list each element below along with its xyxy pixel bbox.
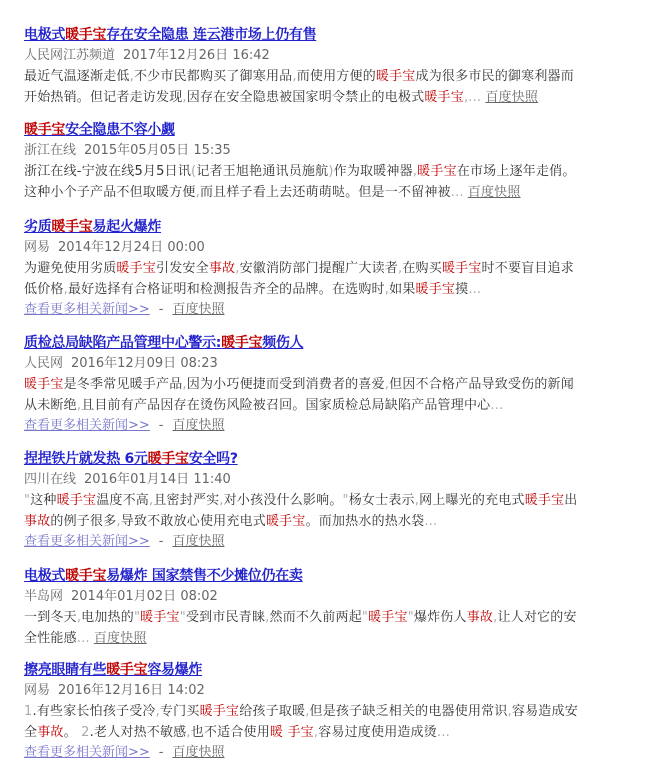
- news-result: 擦亮眼睛有些暖手宝容易爆炸 网易2016年12月16日 14:02 1.有些家长…: [24, 659, 584, 761]
- keyword-highlight: 暖手宝: [416, 282, 456, 297]
- keyword-highlight: 暖手宝: [106, 662, 147, 678]
- keyword-highlight: 暖 手宝: [270, 725, 314, 740]
- keyword-highlight: 暖手宝: [51, 219, 92, 235]
- result-links-row: 查看更多相关新闻>>-百度快照: [24, 416, 584, 436]
- result-meta: 半岛网2014年01月02日 08:02: [24, 588, 584, 606]
- result-meta: 人民网江苏频道2017年12月26日 16:42: [24, 47, 584, 65]
- keyword-highlight: 暖手宝: [525, 493, 565, 508]
- result-date: 2017年12月26日 16:42: [123, 48, 270, 63]
- keyword-highlight: 暖手宝: [57, 493, 97, 508]
- title-text: 劣质: [24, 219, 51, 235]
- result-source: 网易: [24, 683, 50, 698]
- snippet-text: 摸: [455, 282, 468, 297]
- keyword-highlight: 暖手宝: [65, 27, 106, 43]
- snippet-text: .有些家长怕孩子受冷: [32, 704, 155, 719]
- snippet-text: 作为取暖神器: [334, 164, 413, 179]
- keyword-highlight: 暖手宝: [221, 335, 262, 351]
- keyword-highlight: 暖手宝: [424, 90, 464, 105]
- more-related-news-link[interactable]: 查看更多相关新闻>>: [24, 745, 150, 760]
- baidu-snapshot-link[interactable]: 百度快照: [94, 631, 147, 646]
- title-text: 安全吗?: [189, 451, 238, 467]
- result-source: 人民网: [24, 356, 63, 371]
- snippet-text: 因为小巧便捷而受到消费者的喜爱: [187, 377, 385, 392]
- result-source: 半岛网: [24, 589, 63, 604]
- punctuation: 2: [81, 725, 89, 740]
- result-source: 网易: [24, 240, 50, 255]
- snippet-text: 最好选择有合格证明和检测报告齐全的品牌。在选购时: [68, 282, 385, 297]
- title-text: 频伤人: [262, 335, 303, 351]
- baidu-snapshot-link[interactable]: 百度快照: [173, 745, 225, 760]
- snippet-text: 的例子很多: [50, 514, 116, 529]
- snippet-text: 是冬季常见暖手产品: [64, 377, 183, 392]
- result-title-link[interactable]: 质检总局缺陷产品管理中心警示:暖手宝频伤人: [24, 334, 303, 352]
- snippet-text: 电加热的: [81, 610, 134, 625]
- result-meta: 浙江在线2015年05月05日 15:35: [24, 142, 584, 160]
- snippet-text: 而使用方便的: [297, 69, 376, 84]
- keyword-highlight: 暖手宝: [376, 69, 416, 84]
- news-result: 捏捏铁片就发热 6元暖手宝安全吗? 四川在线2016年01月14日 11:40 …: [24, 448, 584, 552]
- result-date: 2016年01月14日 11:40: [84, 472, 231, 487]
- result-meta: 人民网2016年12月09日 08:23: [24, 355, 584, 373]
- snippet-text: 不少市民都购买了御寒用品: [134, 69, 292, 84]
- title-text: 容易爆炸: [147, 662, 202, 678]
- title-text: 擦亮眼睛有些: [24, 662, 106, 678]
- snippet-text: 因存在安全隐患被国家明令禁止的电极式: [187, 90, 425, 105]
- news-result: 质检总局缺陷产品管理中心警示:暖手宝频伤人 人民网2016年12月09日 08:…: [24, 332, 584, 436]
- snippet-text: 如果: [389, 282, 415, 297]
- snippet-text: 。: [64, 725, 82, 740]
- title-text: 电极式: [24, 27, 65, 43]
- baidu-snapshot-link[interactable]: 百度快照: [485, 90, 538, 105]
- snippet-text: 对小孩没什么影响。: [224, 493, 343, 508]
- snippet-text: 导致不敢放心使用充电式: [121, 514, 266, 529]
- title-text: 质检总局缺陷产品管理中心警示:: [24, 335, 221, 351]
- result-links-row: 查看更多相关新闻>>-百度快照: [24, 300, 584, 320]
- punctuation: ...: [468, 282, 481, 297]
- snippet-text: 这种: [30, 493, 56, 508]
- result-title-link[interactable]: 电极式暖手宝易爆炸 国家禁售不少摊位仍在卖: [24, 567, 303, 585]
- result-meta: 四川在线2016年01月14日 11:40: [24, 471, 584, 489]
- news-result: 电极式暖手宝易爆炸 国家禁售不少摊位仍在卖 半岛网2014年01月02日 08:…: [24, 565, 584, 649]
- snippet-text: 且目前有产品因存在烫伤风险被召回。国家质检总局缺陷产品管理中心: [81, 398, 490, 413]
- result-title-link[interactable]: 捏捏铁片就发热 6元暖手宝安全吗?: [24, 450, 238, 468]
- keyword-highlight: 暖手宝: [368, 610, 408, 625]
- snippet-text: 网上曝光的充电式: [419, 493, 525, 508]
- result-snippet: 1.有些家长怕孩子受冷,专门买暖手宝给孩子取暖,但是孩子缺乏相关的电器使用常识,…: [24, 701, 584, 743]
- result-source: 四川在线: [24, 472, 76, 487]
- snippet-text: 温度不高: [96, 493, 149, 508]
- keyword-highlight: 事故: [209, 261, 235, 276]
- title-text: 捏捏铁片就发热 6元: [24, 451, 148, 467]
- snippet-text: 杨女士表示: [349, 493, 415, 508]
- baidu-snapshot-link[interactable]: 百度快照: [468, 185, 521, 200]
- keyword-highlight: 暖手宝: [116, 261, 156, 276]
- snippet-text: 浙江在线-宁波在线5月5日讯: [24, 164, 191, 179]
- keyword-highlight: 事故: [467, 610, 493, 625]
- keyword-highlight: 暖手宝: [266, 514, 306, 529]
- punctuation: ...: [424, 514, 437, 529]
- snippet-text: 也不适合使用: [191, 725, 270, 740]
- snippet-text: 爆炸伤人: [414, 610, 467, 625]
- snippet-text: 引发安全: [156, 261, 209, 276]
- snippet-text: 在购买: [402, 261, 442, 276]
- result-snippet: 浙江在线-宁波在线5月5日讯(记者王旭艳通讯员施航)作为取暖神器,暖手宝在市场上…: [24, 161, 584, 203]
- keyword-highlight: 事故: [24, 514, 50, 529]
- keyword-highlight: 事故: [37, 725, 63, 740]
- snippet-text: 而且样子看上去还萌萌哒。但是一不留神被: [200, 185, 451, 200]
- news-result: 暖手宝安全隐患不容小觑 浙江在线2015年05月05日 15:35 浙江在线-宁…: [24, 119, 584, 203]
- punctuation: ...: [77, 631, 90, 646]
- baidu-snapshot-link[interactable]: 百度快照: [173, 418, 225, 433]
- title-text: 易爆炸 国家禁售不少摊位仍在卖: [106, 568, 302, 584]
- snippet-text: 且密封严实: [153, 493, 219, 508]
- result-title-link[interactable]: 擦亮眼睛有些暖手宝容易爆炸: [24, 661, 202, 679]
- news-result: 电极式暖手宝存在安全隐患 连云港市场上仍有售 人民网江苏频道2017年12月26…: [24, 24, 584, 108]
- result-title-link[interactable]: 劣质暖手宝易起火爆炸: [24, 218, 161, 236]
- title-text: 电极式: [24, 568, 65, 584]
- punctuation: ,...: [464, 90, 481, 105]
- snippet-text: 但是孩子缺乏相关的电器使用常识: [310, 704, 508, 719]
- title-text: 易起火爆炸: [93, 219, 162, 235]
- snippet-text: 。而加热水的热水袋: [306, 514, 425, 529]
- result-snippet: 一到冬天,电加热的"暖手宝"受到市民青睐,然而不久前两起"暖手宝"爆炸伤人事故,…: [24, 607, 584, 649]
- keyword-highlight: 暖手宝: [442, 261, 482, 276]
- more-related-news-link[interactable]: 查看更多相关新闻>>: [24, 534, 150, 549]
- separator: -: [159, 534, 164, 549]
- keyword-highlight: 暖手宝: [148, 451, 189, 467]
- punctuation: ...: [490, 398, 503, 413]
- snippet-text: 安徽消防部门提醒广大读者: [240, 261, 398, 276]
- result-links-row: 查看更多相关新闻>>-百度快照: [24, 532, 584, 552]
- baidu-snapshot-link[interactable]: 百度快照: [173, 302, 225, 317]
- separator: -: [159, 418, 164, 433]
- punctuation: ...: [437, 725, 450, 740]
- result-title-link[interactable]: 暖手宝安全隐患不容小觑: [24, 121, 175, 139]
- result-meta: 网易2016年12月16日 14:02: [24, 682, 584, 700]
- snippet-text: 专门买: [160, 704, 200, 719]
- result-date: 2016年12月16日 14:02: [58, 683, 205, 698]
- result-snippet: "这种暖手宝温度不高,且密封严实,对小孩没什么影响。"杨女士表示,网上曝光的充电…: [24, 490, 584, 532]
- keyword-highlight: 暖手宝: [24, 377, 64, 392]
- result-date: 2015年05月05日 15:35: [84, 143, 231, 158]
- result-snippet: 暖手宝是冬季常见暖手产品,因为小巧便捷而受到消费者的喜爱,但因不合格产品导致受伤…: [24, 374, 584, 416]
- result-source: 人民网江苏频道: [24, 48, 115, 63]
- keyword-highlight: 暖手宝: [65, 568, 106, 584]
- separator: -: [159, 302, 164, 317]
- keyword-highlight: 暖手宝: [200, 704, 240, 719]
- snippet-text: 为避免使用劣质: [24, 261, 116, 276]
- snippet-text: .老人对热不敏感: [90, 725, 187, 740]
- separator: -: [159, 745, 164, 760]
- result-source: 浙江在线: [24, 143, 76, 158]
- snippet-text: 记者王旭艳通讯员施航: [196, 164, 328, 179]
- snippet-text: 一到冬天: [24, 610, 77, 625]
- result-date: 2014年01月02日 08:02: [71, 589, 218, 604]
- snippet-text: 给孩子取暖: [239, 704, 305, 719]
- keyword-highlight: 暖手宝: [140, 610, 180, 625]
- result-snippet: 最近气温逐渐走低,不少市民都购买了御寒用品,而使用方便的暖手宝成为很多市民的御寒…: [24, 66, 584, 108]
- more-related-news-link[interactable]: 查看更多相关新闻>>: [24, 418, 150, 433]
- baidu-snapshot-link[interactable]: 百度快照: [173, 534, 225, 549]
- snippet-text: 受到市民青睐: [186, 610, 265, 625]
- snippet-text: 出: [564, 493, 577, 508]
- result-snippet: 为避免使用劣质暖手宝引发安全事故,安徽消防部门提醒广大读者,在购买暖手宝时不要盲…: [24, 258, 584, 300]
- title-text: 安全隐患不容小觑: [65, 122, 175, 138]
- result-date: 2014年12月24日 00:00: [58, 240, 205, 255]
- snippet-text: 然而不久前两起: [270, 610, 362, 625]
- snippet-text: 容易过度使用造成烫: [318, 725, 437, 740]
- keyword-highlight: 暖手宝: [24, 122, 65, 138]
- result-meta: 网易2014年12月24日 00:00: [24, 239, 584, 257]
- keyword-highlight: 暖手宝: [417, 164, 457, 179]
- result-links-row: 查看更多相关新闻>>-百度快照: [24, 743, 584, 761]
- title-text: 存在安全隐患 连云港市场上仍有售: [106, 27, 316, 43]
- news-result: 劣质暖手宝易起火爆炸 网易2014年12月24日 00:00 为避免使用劣质暖手…: [24, 216, 584, 320]
- result-title-link[interactable]: 电极式暖手宝存在安全隐患 连云港市场上仍有售: [24, 26, 316, 44]
- result-date: 2016年12月09日 08:23: [71, 356, 218, 371]
- snippet-text: 最近气温逐渐走低: [24, 69, 130, 84]
- more-related-news-link[interactable]: 查看更多相关新闻>>: [24, 302, 150, 317]
- punctuation: ...: [451, 185, 464, 200]
